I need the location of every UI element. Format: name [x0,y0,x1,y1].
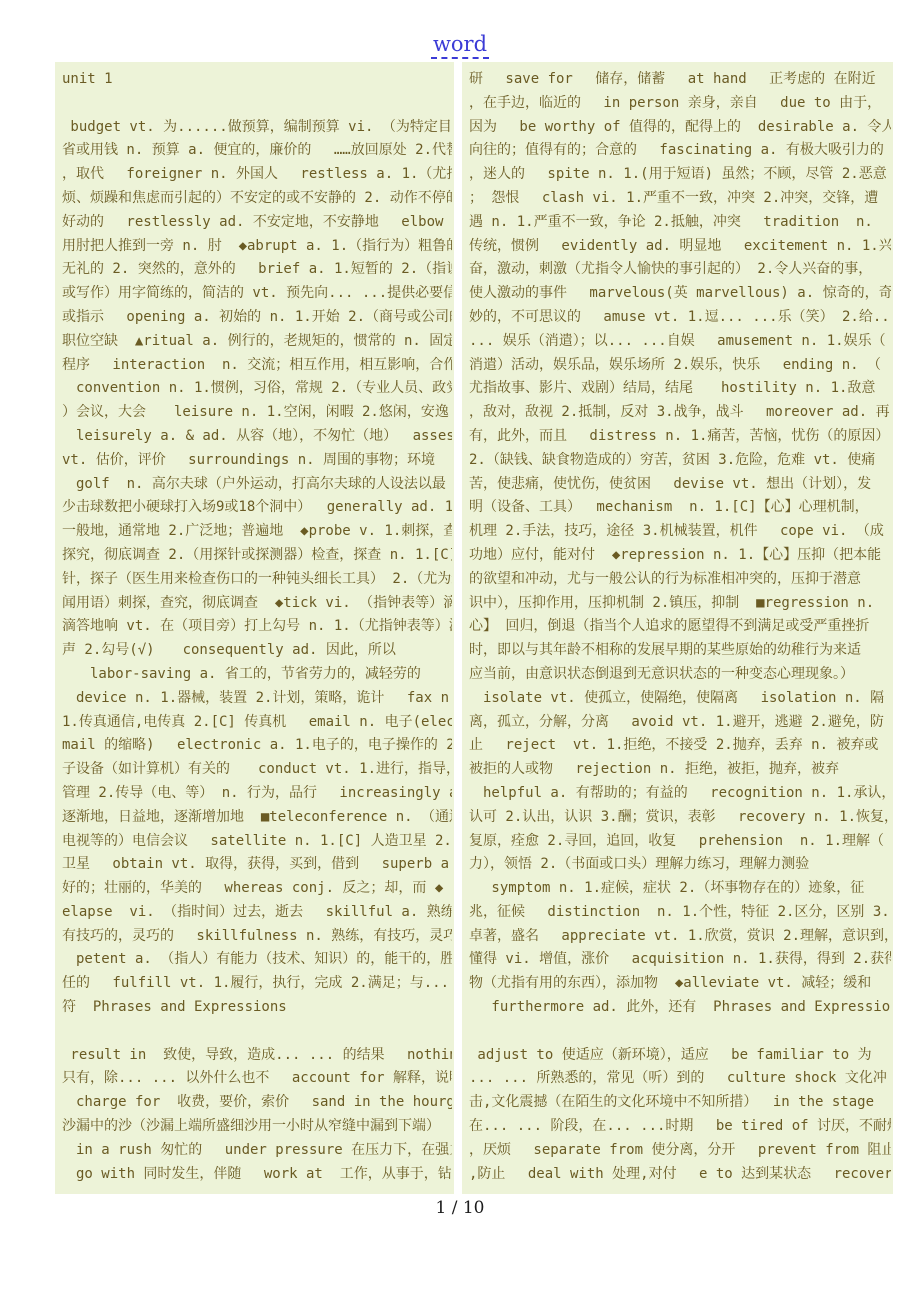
text-line: 职位空缺 ▲ritual a. 例行的，老规矩的，惯常的 n. 固定的 [62,330,452,354]
text-line: 1.传真通信,电传真 2.[C] 传真机 email n. 电子(electro… [62,711,452,735]
text-line: 被拒的人或物 rejection n. 拒绝，被拒，抛弃，被弃 [469,758,891,782]
text-line: adjust to 使适应（新环境），适应 be familiar to 为 [469,1044,891,1068]
text-line: 有技巧的，灵巧的 skillfulness n. 熟练，有技巧，灵巧 [62,925,452,949]
text-line: 击,文化震撼（在陌生的文化环境中不知所措） in the stage [469,1091,891,1115]
text-line: 离，孤立，分解，分离 avoid vt. 1.避开，逃避 2.避免，防 [469,711,891,735]
text-line: 卫星 obtain vt. 取得，获得，买到，借到 superb a. 极 [62,853,452,877]
text-line: 机理 2.手法，技巧，途径 3.机械装置，机件 cope vi. （成 [469,520,891,544]
text-line: result in 致使，导致，造成... ... 的结果 nothing bu [62,1044,452,1068]
text-line: ... ... 所熟悉的，常见（听）到的 culture shock 文化冲 [469,1067,891,1091]
text-line: ,防止 deal with 处理,对付 e to 达到某状态 recover [469,1163,891,1187]
text-line: golf n. 高尔夫球（户外运动，打高尔夫球的人设法以最 [62,473,452,497]
text-line: 向往的；值得有的；合意的 fascinating a. 有极大吸引力的 [469,139,891,163]
text-line: 卓著，盛名 appreciate vt. 1.欣赏，赏识 2.理解，意识到， [469,925,891,949]
text-line: 沙漏中的沙（沙漏上端所盛细沙用一小时从窄缝中漏到下端） [62,1115,452,1139]
text-line: device n. 1.器械，装置 2.计划，策略，诡计 fax n. [62,687,452,711]
text-line: 只有，除... ... 以外什么也不 account for 解释，说明 [62,1067,452,1091]
text-line [62,1020,452,1044]
text-line: go with 同时发生，伴随 work at 工作，从事于，钻 [62,1163,452,1187]
text-line: 省或用钱 n. 预算 a. 便宜的，廉价的 ……放回原处 2.代替 [62,139,452,163]
text-line: ）会议，大会 leisure n. 1.空闲，闲暇 2.悠闲，安逸 [62,401,452,425]
text-line: 传统，惯例 evidently ad. 明显地 excitement n. 1.… [469,235,891,259]
text-line: unit 1 [62,68,452,92]
text-line: 力），领悟 2.（书面或口头）理解力练习，理解力测验 [469,853,891,877]
text-line: isolate vt. 使孤立，使隔绝，使隔离 isolation n. 隔 [469,687,891,711]
text-line: 2.（缺钱、缺食物造成的）穷苦，贫困 3.危险，危难 vt. 使痛 [469,449,891,473]
text-line: 苦，使悲痛，使忧伤，使贫困 devise vt. 想出（计划），发 [469,473,891,497]
text-line: 功地）应付，能对付 ◆repression n. 1.【心】压抑（把本能 [469,544,891,568]
text-line: 管理 2.传导（电、等） n. 行为，品行 increasingly ad. [62,782,452,806]
text-line: ，取代 foreigner n. 外国人 restless a. 1.（尤指因厌 [62,163,452,187]
text-line: 复原，痊愈 2.寻回，追回，收复 prehension n. 1.理解（ [469,830,891,854]
text-line: 尤指故事、影片、戏剧）结局，结尾 hostility n. 1.敌意 [469,377,891,401]
text-line: 少击球数把小硬球打入场9或18个洞中） generally ad. 1. [62,496,452,520]
text-line: 用肘把人推到一旁 n. 肘 ◆abrupt a. 1.（指行为）粗鲁的， [62,235,452,259]
text-line: 无礼的 2. 突然的，意外的 brief a. 1.短暂的 2.（指说话 [62,258,452,282]
text-line: budget vt. 为......做预算，编制预算 vi. （为特定目的）节 [62,116,452,140]
text-line: 滴答地响 vt. 在（项目旁）打上勾号 n. 1.（尤指钟表等）滴答 [62,615,452,639]
text-line: 符 Phrases and Expressions [62,996,452,1020]
text-line: ，敌对，敌视 2.抵制，反对 3.战争，战斗 moreover ad. 再 [469,401,891,425]
document-header: word [0,32,920,56]
text-line: elapse vi. （指时间）过去，逝去 skillful a. 熟练的， [62,901,452,925]
text-line: 一般地，通常地 2.广泛地；普遍地 ◆probe v. 1.刺探，查究， [62,520,452,544]
text-line: 闻用语）刺探，查究，彻底调查 ◆tick vi. （指钟表等）滴答 [62,592,452,616]
text-line: 应当前，由意识状态倒退到无意识状态的一种变态心理现象。） [469,663,891,687]
text-line: 任的 fulfill vt. 1.履行，执行，完成 2.满足；与... ... [62,972,452,996]
text-line: 有，此外，而且 distress n. 1.痛苦，苦恼，忧伤（的原因） [469,425,891,449]
text-line: ，迷人的 spite n. 1.(用于短语) 虽然；不顾，尽管 2.恶意 [469,163,891,187]
text-line [469,1020,891,1044]
text-line: 在... ... 阶段，在... ...时期 be tired of 讨厌，不耐… [469,1115,891,1139]
text-line [62,92,452,116]
text-line: 程序 interaction n. 交流；相互作用，相互影响，合作 [62,354,452,378]
text-line: 或指示 opening a. 初始的 n. 1.开始 2.（商号或公司的） [62,306,452,330]
text-line: 因为 be worthy of 值得的，配得上的 desirable a. 令人 [469,116,891,140]
document-page: word unit 1 budget vt. 为......做预算，编制预算 v… [0,0,920,1302]
text-line: 探究，彻底调查 2.（用探针或探测器）检查，探查 n. 1.[C] 探 [62,544,452,568]
text-line: 明（设备、工具） mechanism n. 1.[C]【心】心理机制， [469,496,891,520]
text-line: 好的；壮丽的，华美的 whereas conj. 反之；却，而 ◆ [62,877,452,901]
text-line: 认可 2.认出，认识 3.酬；赏识，表彰 recovery n. 1.恢复， [469,806,891,830]
text-line: 电视等的）电信会议 satellite n. 1.[C] 人造卫星 2.[C] [62,830,452,854]
text-line: in a rush 匆忙的 under pressure 在压力下，在强力下 [62,1139,452,1163]
text-line: 声 2.勾号(√) consequently ad. 因此，所以 [62,639,452,663]
vocabulary-content: unit 1 budget vt. 为......做预算，编制预算 vi. （为… [55,62,893,1194]
right-column: 研 save for 储存，储蓄 at hand 正考虑的 在附近，在手边，临近… [462,62,893,1194]
text-line: 消遣）活动，娱乐品，娱乐场所 2.娱乐，快乐 ending n. （ [469,354,891,378]
text-line: 逐渐地，日益地，逐渐增加地 ■teleconference n. （通过、 [62,806,452,830]
left-column: unit 1 budget vt. 为......做预算，编制预算 vi. （为… [55,62,454,1194]
text-line: 时，即以与其年龄不相称的发展早期的某些原始的幼稚行为来适 [469,639,891,663]
text-line: 物（尤指有用的东西），添加物 ◆alleviate vt. 减轻；缓和 [469,972,891,996]
text-line: labor-saving a. 省工的，节省劳力的，减轻劳的 [62,663,452,687]
text-line: 遇 n. 1.严重不一致，争论 2.抵触，冲突 tradition n. [469,211,891,235]
text-line: 识中），压抑作用，压抑机制 2.镇压，抑制 ■regression n. 【 [469,592,891,616]
text-line: ，在手边，临近的 in person 亲身，亲自 due to 由于， [469,92,891,116]
text-line: 研 save for 储存，储蓄 at hand 正考虑的 在附近 [469,68,891,92]
text-line: helpful a. 有帮助的；有益的 recognition n. 1.承认， [469,782,891,806]
text-line: ... 娱乐（消遣）；以... ...自娱 amusement n. 1.娱乐（ [469,330,891,354]
text-line: 烦、烦躁和焦虑而引起的）不安定的或不安静的 2. 动作不停的， [62,187,452,211]
text-line: ； 怨恨 clash vi. 1.严重不一致，冲突 2.冲突，交锋，遭 [469,187,891,211]
word-title-link[interactable]: word [431,32,489,59]
column-divider [454,62,462,1194]
text-line: 使人激动的事件 marvelous(英 marvellous) a. 惊奇的，奇 [469,282,891,306]
text-line: vt. 估价，评价 surroundings n. 周围的事物；环境 [62,449,452,473]
text-line: 针，探子（医生用来检查伤口的一种钝头细长工具） 2.（尤为新 [62,568,452,592]
text-line: 止 reject vt. 1.拒绝，不接受 2.抛弃，丢弃 n. 被弃或 [469,734,891,758]
text-line: 好动的 restlessly ad. 不安定地，不安静地 elbow vt. [62,211,452,235]
text-line: 或写作）用字简练的，简洁的 vt. 预先向... ...提供必要信息 [62,282,452,306]
text-line: ，厌烦 separate from 使分离，分开 prevent from 阻止 [469,1139,891,1163]
text-line: 妙的，不可思议的 amuse vt. 1.逗... ...乐（笑） 2.给... [469,306,891,330]
text-line: furthermore ad. 此外，还有 Phrases and Expres… [469,996,891,1020]
text-line: 心】 回归，倒退（指当个人追求的愿望得不到满足或受严重挫折 [469,615,891,639]
text-line: petent a. （指人）有能力（技术、知识）的，能干的，胜 [62,948,452,972]
text-line: 子设备（如计算机）有关的 conduct vt. 1.进行，指导， [62,758,452,782]
text-line: mail 的缩略) electronic a. 1.电子的，电子操作的 2.和电 [62,734,452,758]
text-line: charge for 收费，要价，索价 sand in the hourglas [62,1091,452,1115]
text-line: 懂得 vi. 增值，涨价 acquisition n. 1.获得，得到 2.获得 [469,948,891,972]
text-line: 的欲望和冲动，尤与一般公认的行为标准相冲突的，压抑于潜意 [469,568,891,592]
text-line: leisurely a. & ad. 从容（地），不匆忙（地） assess [62,425,452,449]
text-line: symptom n. 1.症候，症状 2.（坏事物存在的）迹象，征 [469,877,891,901]
page-number: 1 / 10 [0,1198,920,1218]
text-line: 兆，征候 distinction n. 1.个性，特征 2.区分，区别 3. [469,901,891,925]
text-line: convention n. 1.惯例，习俗，常规 2.（专业人员、政党的 [62,377,452,401]
text-line: 奋，激动，刺激（尤指令人愉快的事引起的） 2.令人兴奋的事， [469,258,891,282]
